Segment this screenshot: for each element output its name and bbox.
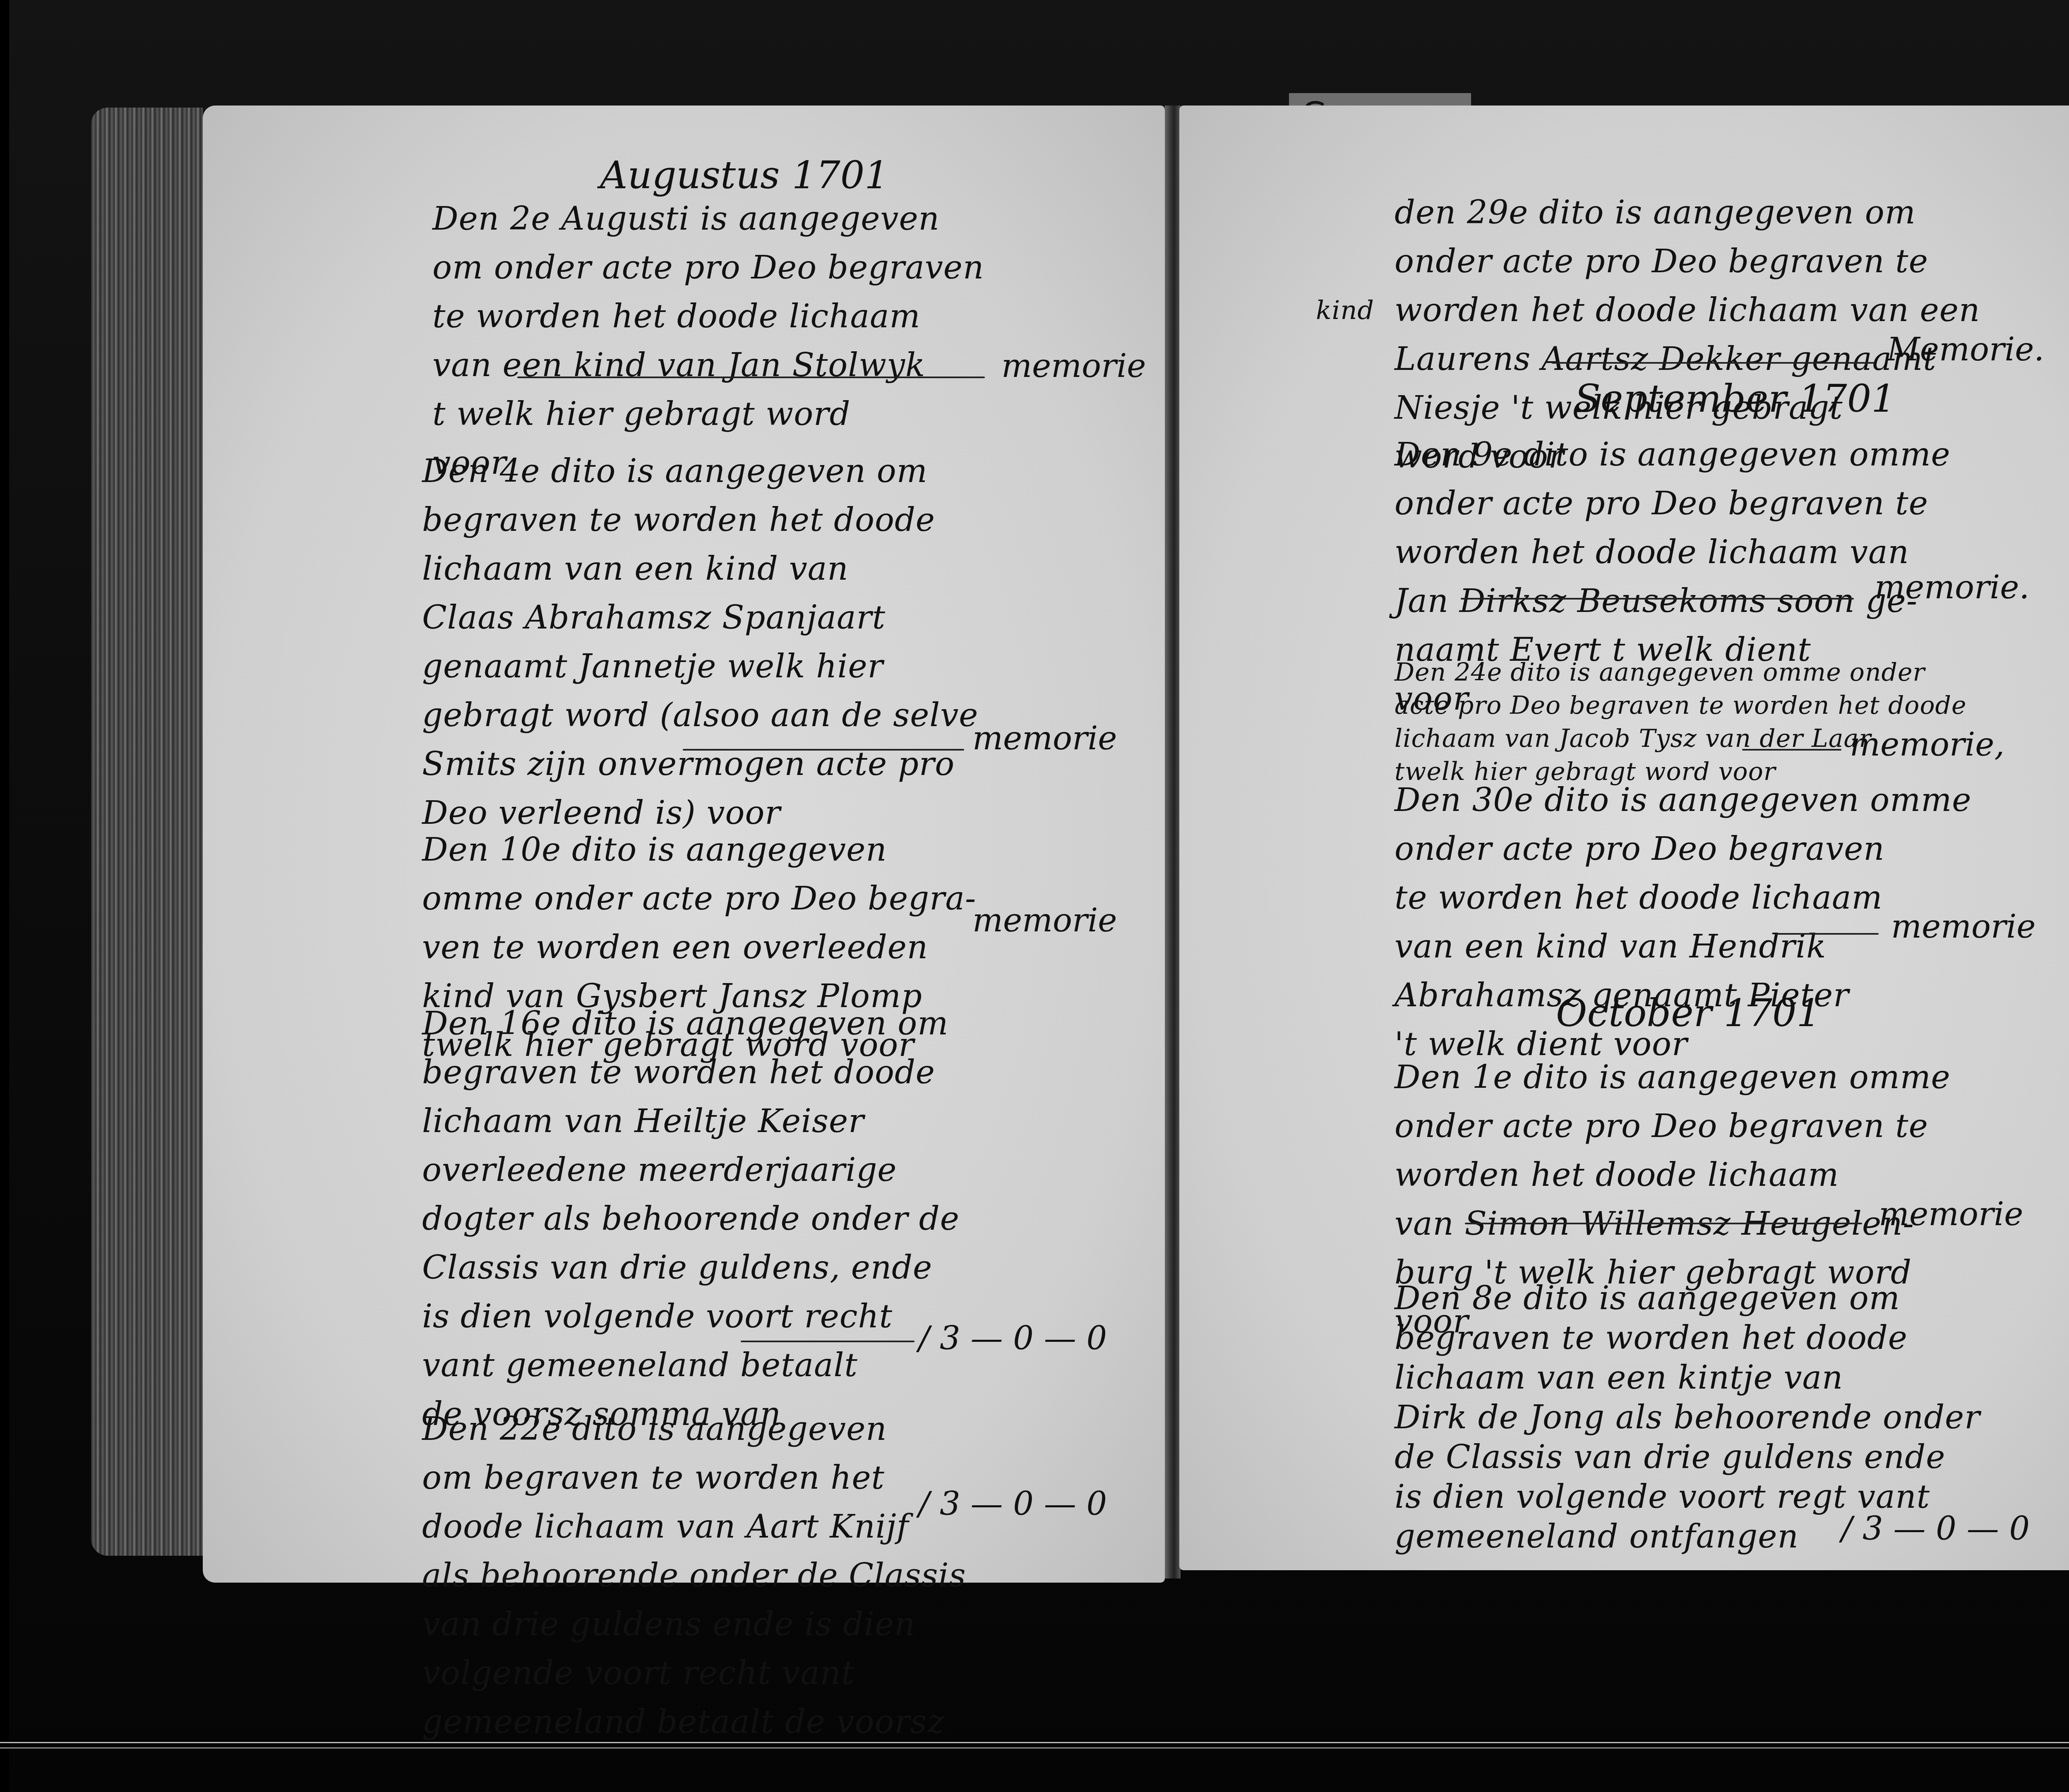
entry-line: onder acte pro Deo begraven [1395, 825, 1971, 873]
entry-line: is dien volgende voort recht [422, 1292, 960, 1341]
entry-amount: memorie [972, 720, 1117, 757]
entry-line: ven te worden een overleeden [422, 923, 976, 972]
entry-line: Den 30e dito is aangegeven omme [1395, 776, 1971, 825]
entry-line: worden het doode lichaam [1395, 1151, 1951, 1199]
entry-line: Claas Abrahamsz Spanjaart [422, 593, 979, 642]
ledger-rule [1552, 362, 1875, 364]
register-entry: Den 22e dito is aangegeven om begraven t… [422, 1405, 966, 1746]
entry-line: als behoorende onder de Classis [422, 1551, 966, 1600]
book-gutter [1165, 106, 1181, 1578]
entry-amount: Memorie. [1887, 331, 2044, 368]
entry-amount: memorie, [1850, 726, 2004, 763]
entry-amount: / 3 — 0 — 0 [919, 1320, 1107, 1357]
ledger-rule [1461, 598, 1854, 600]
entry-line: Den 22e dito is aangegeven [422, 1405, 966, 1454]
entry-line: Den 16e dito is aangegeven om [422, 999, 960, 1048]
entry-line: om begraven te worden het [422, 1454, 966, 1502]
register-entry: Den 4e dito is aangegeven om begraven te… [422, 447, 979, 837]
entry-line: Den 1e dito is aangegeven omme [1395, 1053, 1951, 1102]
month-heading-september: September 1701 [1575, 377, 1896, 421]
entry-line: worden het doode lichaam van een [1395, 286, 1980, 335]
register-entry: Den 16e dito is aangegeven om begraven t… [422, 999, 960, 1439]
register-entry: Den 24e dito is aangegeven omme onder ac… [1395, 656, 1966, 788]
entry-line: om onder acte pro Deo begraven [432, 243, 984, 292]
entry-line: volgende voort recht vant [422, 1649, 966, 1698]
entry-amount: memorie. [1875, 569, 2029, 606]
entry-line: Den 8e dito is aangegeven om [1395, 1279, 1980, 1318]
entry-line: den 29e dito is aangegeven om [1395, 188, 1980, 237]
entry-line: onder acte pro Deo begraven te [1395, 479, 1951, 528]
entry-line: begraven te worden het doode [422, 496, 979, 545]
entry-amount: memorie [1891, 908, 2035, 945]
ledger-rule [1465, 1223, 1862, 1224]
entry-line: Classis van drie guldens, ende [422, 1243, 960, 1292]
entry-line: t welk hier gebragt word [432, 390, 984, 439]
entry-line: Den 10e dito is aangegeven [422, 825, 976, 874]
entry-line: Den 2e Augusti is aangegeven [432, 194, 984, 243]
entry-line: genaamt Jannetje welk hier [422, 642, 979, 691]
entry-line: gebragt word (alsoo aan de selve [422, 691, 979, 740]
entry-line: Smits zijn onvermogen acte pro [422, 740, 979, 789]
ledger-rule [683, 749, 964, 751]
entry-line: omme onder acte pro Deo begra- [422, 874, 976, 923]
entry-line: vant gemeeneland betaalt [422, 1341, 960, 1390]
entry-line: onder acte pro Deo begraven te [1395, 1102, 1951, 1151]
entry-amount: / 3 — 0 — 0 [1841, 1510, 2030, 1547]
entry-line: overleedene meerderjaarige [422, 1146, 960, 1195]
entry-line: begraven te worden het doode [422, 1048, 960, 1097]
entry-line: van een kind van Hendrik [1395, 922, 1971, 971]
ledger-rule [741, 1341, 914, 1342]
ledger-rule [1775, 933, 1879, 935]
film-strip-edge [0, 1742, 2069, 1749]
left-page: Augustus 1701 Den 2e Augusti is aangegev… [203, 106, 1165, 1583]
ledger-rule [517, 377, 985, 378]
right-page: kind den 29e dito is aangegeven om onder… [1179, 106, 2069, 1570]
entry-line: begraven te worden het doode [1395, 1318, 1980, 1358]
entry-line: van een kind van Jan Stolwyk [432, 341, 984, 390]
entry-line: Den 24e dito is aangegeven omme onder [1395, 656, 1966, 689]
entry-amount: memorie [1879, 1196, 2023, 1233]
entry-line: te worden het doode lichaam [1395, 873, 1971, 922]
book-page-edges-left [91, 108, 203, 1556]
entry-line: lichaam van een kind van [422, 545, 979, 593]
entry-line: de Classis van drie guldens ende [1395, 1437, 1980, 1477]
margin-note: kind [1316, 286, 1374, 335]
entry-line: Jan Dirksz Beusekoms soon ge- [1395, 577, 1951, 626]
entry-line: lichaam van een kintje van [1395, 1358, 1980, 1398]
film-border [0, 0, 9, 1792]
entry-amount: memorie [972, 902, 1117, 939]
month-heading-october: October 1701 [1556, 991, 1821, 1035]
entry-line: van drie guldens ende is dien [422, 1600, 966, 1649]
entry-line: te worden het doode lichaam [432, 292, 984, 341]
entry-amount: memorie [1001, 348, 1146, 385]
entry-line: onder acte pro Deo begraven te [1395, 237, 1980, 286]
entry-line: dogter als behoorende onder de [422, 1195, 960, 1243]
register-entry: Den 2e Augusti is aangegeven om onder ac… [432, 194, 984, 487]
ledger-rule [1742, 749, 1841, 751]
entry-line: Den 9e dito is aangegeven omme [1395, 430, 1951, 479]
month-heading-august: Augustus 1701 [600, 153, 889, 197]
entry-amount: / 3 — 0 — 0 [919, 1485, 1107, 1523]
entry-line: Dirk de Jong als behoorende onder [1395, 1398, 1980, 1437]
entry-line: doode lichaam van Aart Knijf [422, 1502, 966, 1551]
entry-line: gemeeneland betaalt de voorsz [422, 1698, 966, 1746]
entry-line: acte pro Deo begraven te worden het dood… [1395, 689, 1966, 722]
entry-line: lichaam van Heiltje Keiser [422, 1097, 960, 1146]
entry-line: worden het doode lichaam van [1395, 528, 1951, 577]
entry-line: Den 4e dito is aangegeven om [422, 447, 979, 496]
